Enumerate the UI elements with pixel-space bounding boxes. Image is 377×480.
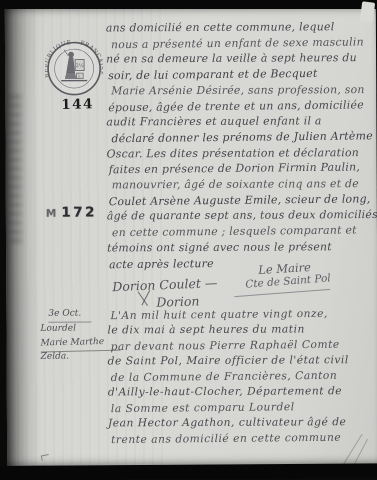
margin-note-line: Zelda. <box>41 351 115 365</box>
stamp-number-prefix: M <box>46 208 57 220</box>
handwritten-line: d'Ailly-le-haut-Clocher, Département de <box>108 383 377 400</box>
margin-note-line: 3e Oct. <box>48 308 91 323</box>
handwritten-line: trente ans domicilié en cette commune <box>111 429 377 447</box>
ink-bleed-smudge <box>7 95 22 245</box>
handwritten-line: témoins ont signé avec nous le présent <box>107 239 377 256</box>
handwritten-line: de Saint Pol, Maire officier de l'état c… <box>108 352 377 369</box>
scanner-bed-top <box>0 0 377 9</box>
birth-act-text-lower: L'An mil huit cent quatre vingt onze,le … <box>107 306 377 446</box>
handwritten-line: manouvrier, âgé de soixante cinq ans et … <box>112 176 377 193</box>
handwritten-line: ans domicilié en cette commune, lequel <box>106 19 376 36</box>
witness-signatures: Dorion Coulet — <box>112 275 218 294</box>
seal-denomination-small: 1. <box>78 74 82 79</box>
scanned-register-page: RÉPUBLIQUE FRANÇAISE 2½ 1. 144 M172 <box>0 0 377 480</box>
stamp-number: M172 <box>46 201 97 220</box>
register-page: RÉPUBLIQUE FRANÇAISE 2½ 1. 144 M172 <box>5 7 377 466</box>
folio-number: 144 <box>61 96 94 113</box>
republique-francaise-seal-icon: RÉPUBLIQUE FRANÇAISE 2½ 1. <box>45 39 103 97</box>
margin-annotation: 3e Oct.LourdelMarie MartheZelda. <box>40 307 114 365</box>
handwritten-line: Jean Hector Agathon, cultivateur âgé de <box>108 414 377 431</box>
birth-act-text-upper: ans domicilié en cette commune, lequelno… <box>106 19 377 272</box>
scanner-bed-bottom <box>0 463 377 480</box>
handwritten-line: acte après lecture <box>109 254 377 273</box>
seal-denomination: 2½ <box>76 62 84 69</box>
stamp-number-digits: 172 <box>61 204 97 220</box>
margin-note-line: Lourdel <box>40 322 114 336</box>
page-corner-tab <box>360 1 375 22</box>
handwritten-line: Marie Arsénie Désirée, sans profession, … <box>111 82 376 99</box>
